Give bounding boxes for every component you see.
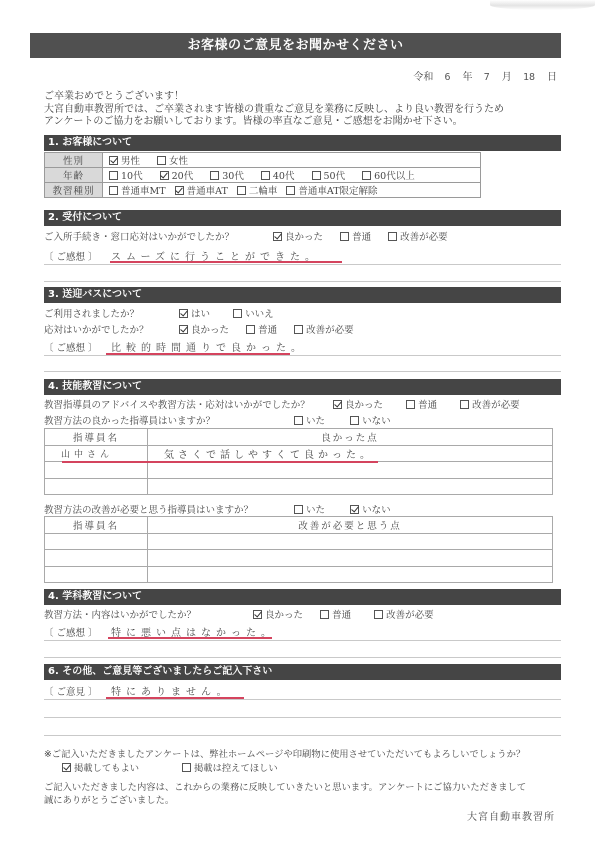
section-5-heading: 4. 学科教習について: [44, 589, 561, 605]
improvement-points-cell[interactable]: [148, 533, 553, 550]
answer-line: [44, 699, 561, 700]
course-type-label: 教習種別: [45, 183, 103, 198]
pen-underline: [108, 637, 272, 639]
reception-option-good[interactable]: 良かった: [273, 232, 323, 243]
improve-instructor-yes[interactable]: いた: [294, 505, 325, 516]
instructor-rating-question: 教習指導員のアドバイスや教習方法・応対はいかがでしたか？: [44, 397, 330, 411]
intro-text: ご卒業おめでとうございます！ 大宮自動車教習所では、ご卒業されます皆様の貴重なご…: [44, 91, 504, 129]
table-header-row: 指導員名 改善が必要と思う点: [45, 517, 553, 534]
reception-option-average[interactable]: 普通: [340, 232, 371, 243]
form-title: お客様のご意見をお聞かせください: [30, 33, 561, 58]
course-type-row: 教習種別 普通車MT 普通車AT 二輪車 普通車AT限定解除: [45, 183, 481, 198]
date-line: 令和 6年 7月 18日: [409, 68, 557, 83]
answer-line: [44, 355, 561, 356]
improve-instructor-question: 教習方法の改善が必要と思う指導員はいますか？: [44, 502, 291, 516]
checkbox-icon[interactable]: [210, 171, 219, 180]
date-day-label: 日: [547, 72, 557, 83]
table-row: [45, 478, 553, 495]
checkbox-icon[interactable]: [109, 186, 118, 195]
instructor-name-header: 指導員名: [45, 429, 148, 446]
organization-name: 大宮自動車教習所: [467, 808, 555, 823]
publish-option-allow[interactable]: 掲載してもよい: [62, 760, 179, 774]
good-points-cell[interactable]: [148, 462, 553, 479]
good-instructor-no[interactable]: いない: [350, 416, 391, 427]
answer-line: [44, 735, 561, 736]
intro-line-2: 大宮自動車教習所では、ご卒業されます皆様の貴重なご意見を業務に反映し、より良い教…: [44, 104, 504, 117]
age-option-40s[interactable]: 40代: [261, 171, 295, 182]
publish-option-decline[interactable]: 掲載は控えてほしい: [182, 763, 278, 774]
checkbox-icon[interactable]: [374, 610, 383, 619]
checkbox-icon[interactable]: [388, 232, 397, 241]
checkbox-checked-icon[interactable]: [179, 325, 188, 334]
checkbox-icon[interactable]: [182, 763, 191, 772]
checkbox-icon[interactable]: [294, 505, 303, 514]
improve-instructor-row: 教習方法の改善が必要と思う指導員はいますか？ いた いない: [44, 502, 391, 516]
course-option-at-limit-removal[interactable]: 普通車AT限定解除: [286, 186, 377, 197]
bus-service-average[interactable]: 普通: [246, 325, 277, 336]
checkbox-icon[interactable]: [406, 400, 415, 409]
date-month-value[interactable]: 7: [484, 72, 490, 83]
section-3-heading: 3. 送迎バスについて: [44, 287, 561, 303]
reception-question-row: ご入所手続き・窓口応対はいかがでしたか？ 良かった 普通 改善が必要: [44, 229, 448, 243]
checkbox-icon[interactable]: [320, 610, 329, 619]
date-year-value[interactable]: 6: [445, 72, 451, 83]
table-row: 山中さん 気さくで話しやすくて良かった。: [45, 445, 553, 462]
section-1-heading: 1. お客様について: [44, 135, 561, 151]
course-option-at[interactable]: 普通車AT: [175, 186, 228, 197]
classroom-option-average[interactable]: 普通: [320, 610, 351, 621]
checkbox-icon[interactable]: [312, 171, 321, 180]
bus-usage-question: ご利用されましたか？: [44, 306, 176, 320]
classroom-option-needs-improvement[interactable]: 改善が必要: [374, 610, 434, 621]
customer-info-table: 性別 男性 女性 年齢 10代 20代 30代 40代 50代 60代以上 教習…: [44, 152, 481, 198]
bus-usage-no[interactable]: いいえ: [233, 309, 274, 320]
age-row: 年齢 10代 20代 30代 40代 50代 60代以上: [45, 168, 481, 183]
checkbox-icon[interactable]: [109, 171, 118, 180]
classroom-question: 教習方法・内容はいかがでしたか？: [44, 607, 250, 621]
checkbox-icon[interactable]: [157, 156, 166, 165]
bus-service-needs-improvement[interactable]: 改善が必要: [294, 325, 354, 336]
good-points-cell[interactable]: 気さくで話しやすくて良かった。: [148, 445, 553, 462]
date-month-label: 月: [502, 72, 512, 83]
checkbox-icon[interactable]: [294, 325, 303, 334]
answer-line: [44, 640, 561, 641]
bus-service-good[interactable]: 良かった: [179, 325, 229, 336]
instructor-name-header: 指導員名: [45, 517, 148, 534]
checkbox-icon[interactable]: [233, 309, 242, 318]
checkbox-checked-icon[interactable]: [179, 309, 188, 318]
section-2-heading: 2. 受付について: [44, 210, 561, 226]
other-comment-label: 〔 ご意見 〕: [44, 684, 108, 698]
gender-label: 性別: [45, 153, 103, 168]
age-option-60s-plus[interactable]: 60代以上: [362, 171, 415, 182]
age-option-10s[interactable]: 10代: [109, 171, 143, 182]
checkbox-checked-icon[interactable]: [160, 171, 169, 180]
instructor-rating-needs-improvement[interactable]: 改善が必要: [460, 400, 520, 411]
age-label: 年齢: [45, 168, 103, 183]
table-row: [45, 462, 553, 479]
instructor-rating-good[interactable]: 良かった: [333, 400, 383, 411]
age-option-50s[interactable]: 50代: [312, 171, 346, 182]
good-points-cell[interactable]: [148, 478, 553, 495]
classroom-option-good[interactable]: 良かった: [253, 610, 303, 621]
answer-line: [44, 657, 561, 658]
reception-option-needs-improvement[interactable]: 改善が必要: [388, 232, 448, 243]
age-option-30s[interactable]: 30代: [210, 171, 244, 182]
improvement-points-header: 改善が必要と思う点: [148, 517, 553, 534]
course-option-motorcycle[interactable]: 二輪車: [237, 186, 278, 197]
good-points-header: 良かった点: [148, 429, 553, 446]
closing-text: ご記入いただきました内容は、これからの業務に反映していきたいと思います。アンケー…: [44, 781, 526, 807]
good-instructor-question: 教習方法の良かった指導員はいますか？: [44, 413, 291, 427]
bus-service-question: 応対はいかがでしたか？: [44, 322, 176, 336]
checkbox-icon[interactable]: [286, 186, 295, 195]
closing-line-1: ご記入いただきました内容は、これからの業務に反映していきたいと思います。アンケー…: [44, 781, 526, 794]
bus-comment-row: 〔 ご感想 〕 比較的時間通りで良かった。: [44, 339, 306, 354]
checkbox-checked-icon[interactable]: [62, 763, 71, 772]
scan-artifact: [490, 0, 595, 10]
checkbox-icon[interactable]: [261, 171, 270, 180]
checkbox-checked-icon[interactable]: [175, 186, 184, 195]
instructor-name-cell[interactable]: [45, 533, 148, 550]
checkbox-icon[interactable]: [237, 186, 246, 195]
intro-line-1: ご卒業おめでとうございます！: [44, 91, 504, 104]
improve-instructor-no[interactable]: いない: [350, 505, 391, 516]
improvement-points-cell[interactable]: [148, 566, 553, 583]
checkbox-icon[interactable]: [460, 400, 469, 409]
course-option-mt[interactable]: 普通車MT: [109, 186, 166, 197]
instructor-name-cell[interactable]: [45, 566, 148, 583]
other-comment-row: 〔 ご意見 〕 特にありません。: [44, 683, 232, 698]
checkbox-checked-icon[interactable]: [253, 610, 262, 619]
checkbox-checked-icon[interactable]: [273, 232, 282, 241]
checkbox-icon[interactable]: [340, 232, 349, 241]
checkbox-icon[interactable]: [246, 325, 255, 334]
section-4-heading: 4. 技能教習について: [44, 379, 561, 395]
age-option-20s[interactable]: 20代: [160, 171, 194, 182]
improvement-points-cell[interactable]: [148, 550, 553, 567]
date-era: 令和: [413, 72, 433, 83]
checkbox-icon[interactable]: [294, 416, 303, 425]
table-row: [45, 550, 553, 567]
instructor-name-cell[interactable]: [45, 462, 148, 479]
answer-line: [44, 717, 561, 718]
closing-line-2: 誠にありがとうございました。: [44, 794, 526, 807]
checkbox-icon[interactable]: [350, 416, 359, 425]
table-header-row: 指導員名 良かった点: [45, 429, 553, 446]
bus-service-row: 応対はいかがでしたか？ 良かった 普通 改善が必要: [44, 322, 354, 336]
classroom-comment-label: 〔 ご感想 〕: [44, 625, 108, 639]
bus-usage-yes[interactable]: はい: [179, 309, 210, 320]
answer-line: [44, 264, 561, 265]
date-day-value[interactable]: 18: [523, 72, 535, 83]
bus-comment-label: 〔 ご感想 〕: [44, 340, 108, 354]
instructor-name-cell[interactable]: [45, 550, 148, 567]
checkbox-checked-icon[interactable]: [333, 400, 342, 409]
good-instructor-row: 教習方法の良かった指導員はいますか？ いた いない: [44, 413, 391, 427]
gender-row: 性別 男性 女性: [45, 153, 481, 168]
answer-line: [44, 371, 561, 372]
instructor-rating-row: 教習指導員のアドバイスや教習方法・応対はいかがでしたか？ 良かった 普通 改善が…: [44, 397, 520, 411]
checkbox-icon[interactable]: [362, 171, 371, 180]
checkbox-checked-icon[interactable]: [109, 156, 118, 165]
gender-option-female[interactable]: 女性: [157, 156, 188, 167]
pen-underline: [62, 461, 378, 463]
classroom-question-row: 教習方法・内容はいかがでしたか？ 良かった 普通 改善が必要: [44, 607, 434, 621]
reception-comment-label: 〔 ご感想 〕: [44, 249, 108, 263]
pen-underline: [110, 261, 342, 263]
publish-question: ※ご記入いただきましたアンケートは、弊社ホームページや印刷物に使用させていただい…: [44, 746, 525, 760]
checkbox-checked-icon[interactable]: [350, 505, 359, 514]
improve-instructor-table: 指導員名 改善が必要と思う点: [44, 516, 553, 583]
intro-line-3: アンケートのご協力をお願いしております。皆様の率直なご意見・ご感想をお聞かせ下さ…: [44, 116, 504, 129]
reception-question: ご入所手続き・窓口応対はいかがでしたか？: [44, 229, 270, 243]
table-row: [45, 533, 553, 550]
date-year-label: 年: [463, 72, 473, 83]
bus-usage-row: ご利用されましたか？ はい いいえ: [44, 306, 274, 320]
publish-options: 掲載してもよい 掲載は控えてほしい: [62, 760, 278, 774]
answer-line: [44, 281, 561, 282]
table-row: [45, 566, 553, 583]
instructor-rating-average[interactable]: 普通: [406, 400, 437, 411]
section-6-heading: 6. その他、ご意見等ございましたらご記入下さい: [44, 664, 561, 680]
instructor-name-cell[interactable]: [45, 478, 148, 495]
instructor-name-cell[interactable]: 山中さん: [45, 445, 148, 462]
good-instructor-yes[interactable]: いた: [294, 416, 325, 427]
gender-option-male[interactable]: 男性: [109, 156, 140, 167]
